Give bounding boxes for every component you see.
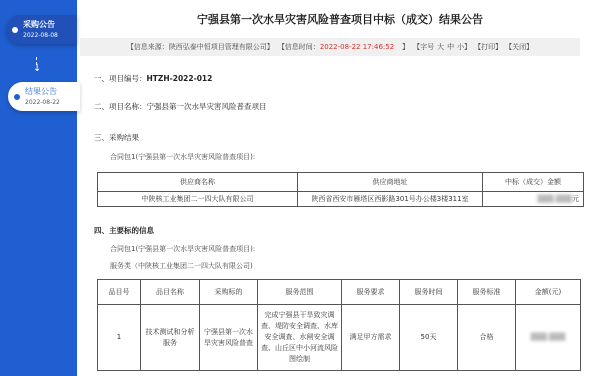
item-name: 技术测试和分析服务 <box>141 305 200 371</box>
header-amount: 金额(元) <box>516 280 581 305</box>
time-close: 】 <box>402 42 409 52</box>
currency-unit: 元 <box>572 195 579 203</box>
timeline-label: 结果公告 <box>25 86 60 97</box>
redacted-amount: ███,███ <box>531 332 566 343</box>
supplier-address: 陕西省西安市雁塔区西影路301号办公楼3楼311室 <box>298 192 483 207</box>
project-number: HTZH-2022-012 <box>147 74 213 83</box>
time-label: 【信息时间： <box>278 42 320 52</box>
section-project-name: 二、项目名称：宁强县第一次水旱灾害风险普查项目 <box>94 101 267 112</box>
header-item-name: 品目名称 <box>141 280 200 305</box>
redacted-amount: ███,███ <box>537 195 572 203</box>
timeline-dot-icon <box>14 94 20 100</box>
service-requirement: 满足甲方需求 <box>342 305 400 371</box>
table-row: 1 技术测试和分析服务 宁强县第一次水旱灾害风险普查 完成宁强县干旱致灾调查、堤… <box>98 305 581 371</box>
font-size-label: 【字号 <box>413 42 434 52</box>
print-button[interactable]: 【打印】 <box>474 42 502 52</box>
item-number: 1 <box>98 305 141 371</box>
header-supplier-address: 供应商地址 <box>298 173 483 192</box>
page-title: 宁强县第一次水旱灾害风险普查项目中标（成交）结果公告 <box>80 11 600 27</box>
timeline-dot-icon <box>12 27 18 33</box>
contract-package-label: 合同包1(宁强县第一次水旱灾害风险普查项目): <box>110 152 255 162</box>
section-procurement-result: 三、采购结果 <box>94 132 139 143</box>
timeline-item-procurement-notice[interactable]: 采购公告 2022-08-08 <box>6 15 77 44</box>
service-scope: 完成宁强县干旱致灾调查、堤防安全调查、水库安全调查、水闸安全调查、山丘区中小河流… <box>258 305 342 371</box>
header-supplier-name: 供应商名称 <box>98 173 298 192</box>
publish-time: 2022-08-22 17:46:52 <box>320 43 394 51</box>
timeline-date: 2022-08-22 <box>25 97 60 108</box>
source-value: 陕西弘泰中恒项目管理有限公司】 <box>169 42 274 52</box>
header-award-amount: 中标（成交）金额 <box>483 173 584 192</box>
amount: ███,███ <box>516 305 581 371</box>
table-header-row: 品目号 品目名称 采购标的 服务范围 服务要求 服务时间 服务标准 金额(元) <box>98 280 581 305</box>
close-button[interactable]: 【关闭】 <box>505 42 533 52</box>
timeline-sidebar: 采购公告 2022-08-08 ↓ 结果公告 2022-08-22 <box>0 0 77 376</box>
arrow-down-icon: ↓ <box>33 57 39 74</box>
announcement-content: 宁强县第一次水旱灾害风险普查项目中标（成交）结果公告 【信息来源： 陕西弘泰中恒… <box>80 0 600 376</box>
header-service-time: 服务时间 <box>400 280 458 305</box>
timeline-label: 采购公告 <box>23 19 58 30</box>
section-main-subject: 四、主要标的信息 <box>94 225 154 236</box>
contract-package-label: 合同包1(宁强县第一次水旱灾害风险普查项目): <box>110 244 255 254</box>
service-category-label: 服务类（中陕核工业集团二一四大队有限公司) <box>110 261 253 271</box>
header-service-requirement: 服务要求 <box>342 280 400 305</box>
result-table: 供应商名称 供应商地址 中标（成交）金额 中陕核工业集团二一四大队有限公司 陕西… <box>97 172 584 207</box>
service-standard: 合格 <box>458 305 516 371</box>
header-procurement-subject: 采购标的 <box>200 280 258 305</box>
info-bar: 【信息来源： 陕西弘泰中恒项目管理有限公司】 【信息时间： 2022-08-22… <box>80 38 580 56</box>
font-large-button[interactable]: 大 <box>437 42 444 52</box>
font-small-button[interactable]: 小】 <box>457 42 471 52</box>
source-label: 【信息来源： <box>127 42 169 52</box>
detail-table: 品目号 品目名称 采购标的 服务范围 服务要求 服务时间 服务标准 金额(元) … <box>97 279 581 371</box>
header-item-number: 品目号 <box>98 280 141 305</box>
header-service-scope: 服务范围 <box>258 280 342 305</box>
project-name: 宁强县第一次水旱灾害风险普查项目 <box>147 102 267 111</box>
font-medium-button[interactable]: 中 <box>447 42 454 52</box>
header-service-standard: 服务标准 <box>458 280 516 305</box>
award-amount: ███,███元 <box>483 192 584 207</box>
procurement-subject: 宁强县第一次水旱灾害风险普查 <box>200 305 258 371</box>
section-project-number: 一、项目编号：HTZH-2022-012 <box>94 73 212 84</box>
timeline-item-result-notice[interactable]: 结果公告 2022-08-22 <box>8 82 80 111</box>
supplier-name: 中陕核工业集团二一四大队有限公司 <box>98 192 298 207</box>
service-time: 50天 <box>400 305 458 371</box>
timeline-date: 2022-08-08 <box>23 30 58 41</box>
table-row: 中陕核工业集团二一四大队有限公司 陕西省西安市雁塔区西影路301号办公楼3楼31… <box>98 192 584 207</box>
table-header-row: 供应商名称 供应商地址 中标（成交）金额 <box>98 173 584 192</box>
